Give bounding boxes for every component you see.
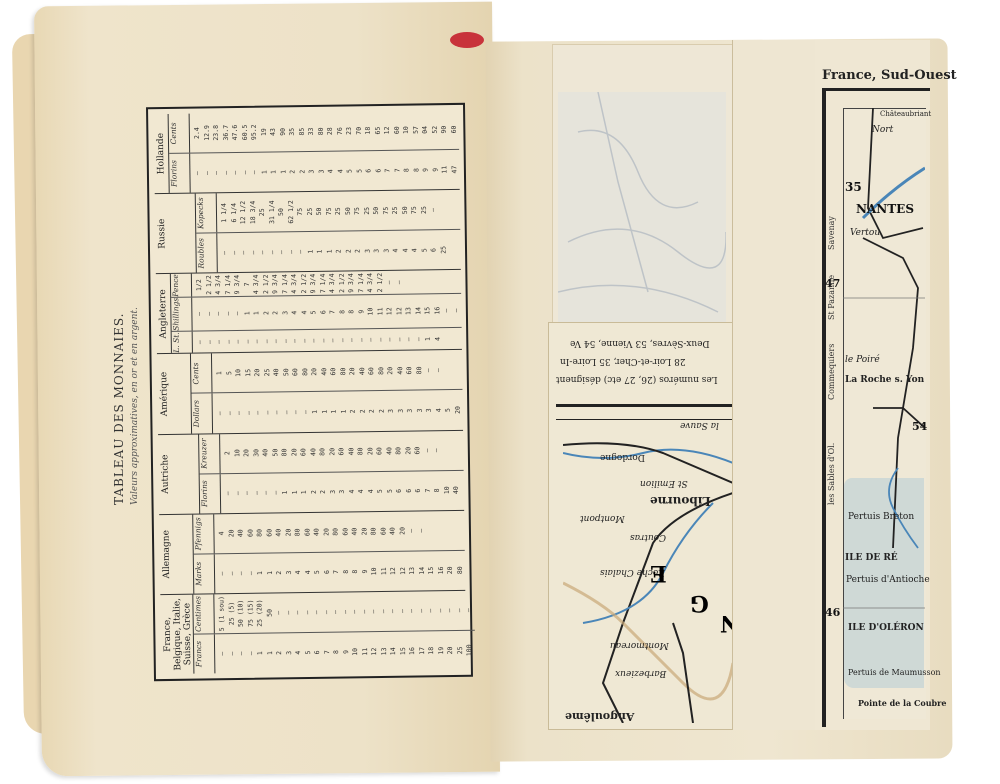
currency-column: AutricheFlorins— — — — — — 1 1 1 2 2 3 3… [158, 429, 464, 513]
unit-values: 1 1/4 6 1/4 12 1/2 18 3/4 25 31 1/4 50 6… [216, 190, 438, 232]
map-label-pertuis-antioche: Pertuis d'Antioche [846, 575, 930, 585]
currency-name: Autriche [158, 434, 200, 514]
map-label-dordogne: Dordogne [600, 452, 645, 462]
margin-label-savenay: Savenay [827, 216, 836, 250]
map-label-coutras: Coutras [630, 532, 666, 542]
map-label-montmoreau: Montmoreau [610, 640, 669, 650]
margin-label-st-pazanne: St Pazanne [827, 275, 836, 320]
unit-values: — — — — — — — 1 1 1 2 2 3 3 4 4 5 5 6 6 … [190, 150, 460, 193]
currency-column: AmériqueDollars— — — — — — — — — — 1 1 1… [156, 349, 462, 433]
map-label-la-roche: La Roche s. Yon [845, 375, 924, 385]
unit-header: Dollars [191, 394, 213, 433]
map-label-chateaubriant: Châteaubriant [880, 110, 931, 118]
map-label-ile-oleron: ILE D'OLÉRON [848, 623, 924, 633]
unit-values: — — — — — — 1 1 1 2 2 3 3 4 4 4 5 5 6 6 … [220, 471, 461, 513]
currency-column: RussieRoubles— — — — — — — — — 1 1 1 2 2… [154, 189, 460, 273]
unit-header: L. St. [171, 332, 192, 354]
margin-label-sables: les Sables d'Ol. [827, 443, 836, 505]
legend-line-3: Deux-Sèvres, 53 Vienne, 54 Ve [570, 338, 710, 348]
currency-subcolumn: Dollars— — — — — — — — — — 1 1 1 1 2 2 2… [191, 389, 463, 433]
unit-values: — — — — — — — — — — — — — — — — — — — — … [192, 328, 442, 353]
unit-header: Roubles [196, 233, 218, 272]
map-label-g: G [690, 590, 709, 616]
map-label-nort: Nort [872, 125, 893, 135]
map-label-e: E [650, 560, 667, 586]
lat-46: 46 [825, 606, 840, 619]
currency-name: Allemagne [159, 514, 194, 594]
currency-subcolumn: Roubles— — — — — — — — — 1 1 1 2 2 2 3 3… [196, 229, 461, 273]
unit-header: Francs [193, 634, 215, 673]
map-label-vertou: Vertou [850, 228, 880, 238]
map-label-libourne: Libourne [650, 494, 711, 508]
faded-map-print [558, 92, 726, 322]
unit-header: Florins [199, 474, 221, 513]
map-label-pertuis-breton: Pertuis Breton [848, 512, 914, 522]
map-label-angouleme: Angoulême [565, 710, 634, 723]
currency-name: Hollande [153, 114, 169, 193]
currency-name: France, Belgique, Italie, Suisse, Grèce [160, 595, 194, 675]
map-label-le-poire: le Poiré [845, 355, 880, 365]
currency-subcolumn: Marks— — — — 1 1 2 3 4 4 5 6 7 8 8 9 10 … [193, 550, 465, 594]
table-heading: TABLEAU DES MONNAIES. [112, 205, 126, 505]
currency-subcolumn: Kreuzer2 10 20 30 40 50 80 20 60 40 80 2… [199, 430, 464, 473]
unit-values: 1/2 2 1/2 4 3/4 7 1/4 9 3/4 7 4 3/4 2 1/… [191, 271, 403, 297]
legend-line-1: Les numéros (26, 27 etc) désignent [556, 374, 718, 384]
unit-header: Pence [170, 274, 191, 297]
unit-header: Kreuzer [199, 434, 221, 473]
dept-number-35: 35 [845, 180, 862, 194]
unit-values: — — — — — 1 1 2 2 3 4 4 5 6 7 8 8 9 10 1… [192, 294, 461, 331]
currency-table: France, Belgique, Italie, Suisse, GrèceF… [146, 103, 473, 681]
currency-subcolumn: Kopecks1 1/4 6 1/4 12 1/2 18 3/4 25 31 1… [195, 190, 460, 233]
currency-subcolumn: L. St.— — — — — — — — — — — — — — — — — … [171, 327, 461, 354]
table-subtitle: Valeurs approximatives, en or et en arge… [130, 205, 140, 505]
unit-values: 2.4 12.9 23.8 36.7 47.6 60.5 95.2 19 43 … [189, 110, 459, 153]
legend-line-2: 28 Loir-et-Cher, 35 Loire-In [560, 356, 686, 366]
unit-header: Cents [168, 114, 190, 153]
currency-subcolumn: Centimes5 (1 sou) 25 (5) 50 (10) 75 (15)… [193, 591, 474, 634]
unit-header: Florins [169, 154, 191, 193]
currency-name: Angleterre [155, 274, 171, 353]
unit-values: 5 (1 sou) 25 (5) 50 (10) 75 (15) 25 (20)… [214, 591, 474, 634]
currency-name: Russie [154, 194, 196, 274]
margin-label-commequiers: Commequiers [827, 344, 836, 400]
unit-values: 1 5 10 15 20 25 40 50 60 80 20 40 60 80 … [211, 351, 443, 393]
currency-columns: France, Belgique, Italie, Suisse, GrèceF… [153, 110, 466, 674]
map-label-montpont: Montpont [580, 513, 625, 523]
unit-values: 2 10 20 30 40 50 80 20 60 40 80 20 60 40… [220, 431, 442, 473]
currency-subcolumn: Cents1 5 10 15 20 25 40 50 60 80 20 40 6… [190, 350, 462, 393]
currency-subcolumn: Francs— — — — 1 1 2 3 4 5 6 7 8 9 10 11 … [193, 630, 474, 674]
map-label-ile-de-re: ILE DE RÉ [845, 553, 898, 563]
unit-header: Centimes [193, 594, 215, 633]
dept-number-54: 54 [912, 420, 927, 433]
scale-bar [556, 404, 732, 420]
currency-subcolumn: Cents2.4 12.9 23.8 36.7 47.6 60.5 95.2 1… [168, 110, 459, 153]
map-label-pointe-coubre: Pointe de la Coubre [858, 698, 946, 708]
table-title: TABLEAU DES MONNAIES. [112, 205, 126, 505]
map-strip-blank [732, 40, 823, 730]
currency-column: AngleterreL. St.— — — — — — — — — — — — … [155, 269, 461, 353]
unit-header: Cents [190, 354, 212, 393]
unit-header: Pfennigs [193, 514, 215, 553]
currency-subcolumn: Pence1/2 2 1/2 4 3/4 7 1/4 9 3/4 7 4 3/4… [170, 270, 460, 297]
unit-values: — — — — 1 1 2 3 4 4 5 6 7 8 8 9 10 11 12… [214, 551, 465, 594]
currency-subcolumn: Florins— — — — — — — 1 1 1 2 2 3 3 4 4 5… [169, 149, 460, 193]
map-label-barbezieux: Barbezieux [615, 668, 666, 678]
map-label-pertuis-maumusson: Pertuis de Maumusson [848, 668, 941, 677]
currency-subcolumn: Shillings— — — — — 1 1 2 2 3 4 4 5 6 7 8… [171, 293, 461, 331]
red-bookmark [450, 32, 484, 48]
currency-subcolumn: Florins— — — — — — 1 1 1 2 2 3 3 4 4 4 5… [199, 470, 464, 514]
currency-name: Amérique [156, 354, 191, 434]
currency-subcolumn: Pfennigs4 20 40 60 80 60 40 20 80 60 40 … [193, 511, 465, 554]
unit-values: — — — — — — — — — — 1 1 1 1 2 2 2 2 3 3 … [212, 390, 463, 433]
currency-column: HollandeFlorins— — — — — — — 1 1 1 2 2 3… [153, 110, 459, 193]
currency-column: France, Belgique, Italie, Suisse, GrèceF… [160, 590, 466, 674]
table-subheading: Valeurs approximatives, en or et en arge… [126, 205, 140, 505]
unit-values: — — — — 1 1 2 3 4 5 6 7 8 9 10 11 12 13 … [214, 631, 474, 674]
unit-header: Shillings [171, 298, 192, 331]
map-label-nantes: NANTES [856, 202, 914, 216]
currency-column: AllemagneMarks— — — — 1 1 2 3 4 4 5 6 7 … [159, 510, 465, 594]
unit-values: 4 20 40 60 80 60 40 20 80 60 40 20 80 60… [214, 511, 427, 553]
map-title: France, Sud-Ouest [822, 68, 957, 83]
unit-header: Kopecks [195, 193, 217, 232]
unit-values: — — — — — — — — — 1 1 1 2 2 2 3 3 3 4 4 … [217, 230, 449, 272]
map-label-la-sauve: la Sauve [680, 420, 719, 430]
map-label-st-emilion: St Emilion [640, 478, 688, 488]
unit-header: Marks [193, 554, 215, 593]
